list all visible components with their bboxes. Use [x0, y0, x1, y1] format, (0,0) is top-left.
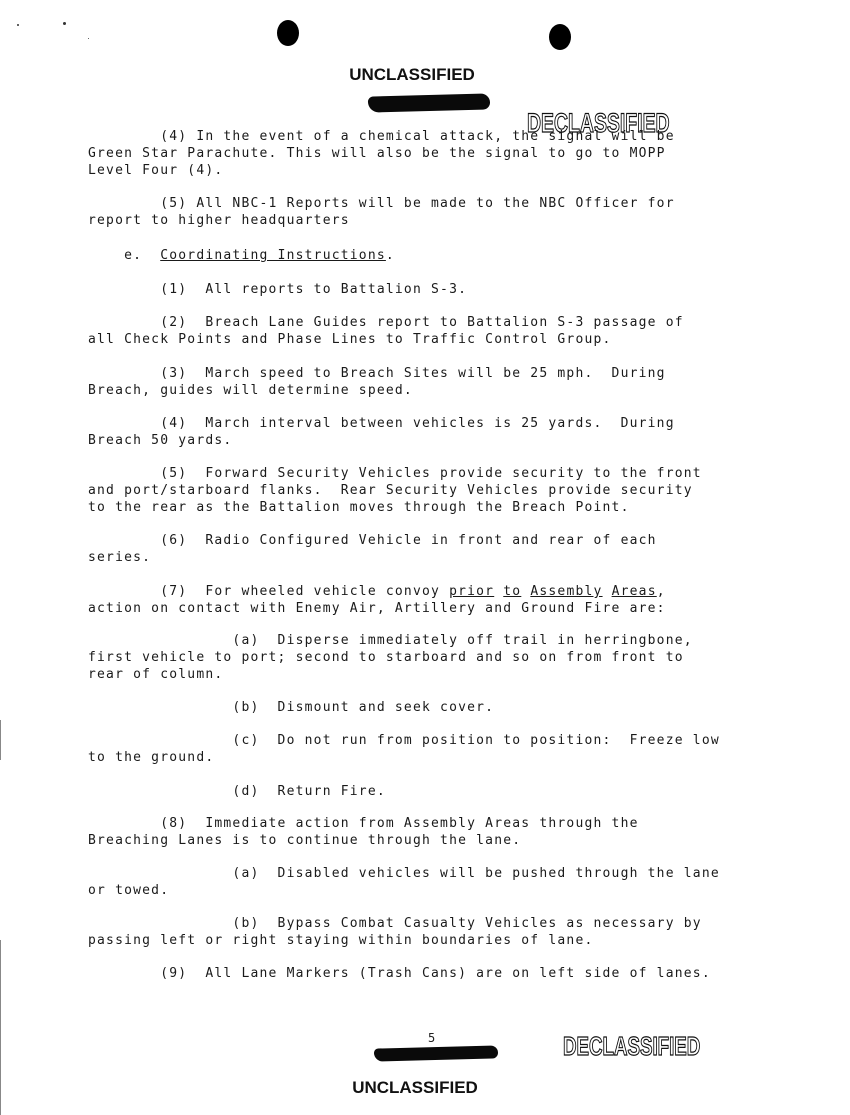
instruction-2: (2) Breach Lane Guides report to Battali… [88, 314, 684, 348]
instruction-8a: (a) Disabled vehicles will be pushed thr… [88, 865, 720, 899]
paragraph-4-chemical-signal: (4) In the event of a chemical attack, t… [88, 128, 675, 179]
document-page: UNCLASSIFIED DECLASSIFIED (4) In the eve… [0, 0, 850, 1115]
classification-header: UNCLASSIFIED [0, 65, 837, 85]
instruction-9: (9) All Lane Markers (Trash Cans) are on… [88, 965, 711, 982]
classification-footer: UNCLASSIFIED [0, 1078, 840, 1098]
instruction-8: (8) Immediate action from Assembly Areas… [88, 815, 639, 849]
punch-hole-right [549, 24, 571, 50]
scan-speck [88, 38, 89, 39]
instruction-1: (1) All reports to Battalion S-3. [88, 281, 467, 298]
instruction-8b: (b) Bypass Combat Casualty Vehicles as n… [88, 915, 702, 949]
paragraph-5-nbc-reports: (5) All NBC-1 Reports will be made to th… [88, 195, 675, 229]
scan-edge-mark [0, 720, 1, 760]
declassified-stamp-bottom: DECLASSIFIED [563, 1031, 700, 1062]
instruction-3: (3) March speed to Breach Sites will be … [88, 365, 666, 399]
instruction-5: (5) Forward Security Vehicles provide se… [88, 465, 702, 516]
instruction-7c: (c) Do not run from position to position… [88, 732, 720, 766]
page-number: 5 [428, 1031, 435, 1045]
section-e-heading: e. Coordinating Instructions. [88, 247, 395, 264]
punch-hole-left [277, 20, 299, 46]
scan-edge-mark [0, 940, 1, 1115]
instruction-4: (4) March interval between vehicles is 2… [88, 415, 675, 449]
instruction-7: (7) For wheeled vehicle convoy prior to … [88, 583, 666, 617]
scan-speck [63, 22, 66, 25]
redaction-bar-top [368, 93, 490, 112]
scan-speck [17, 24, 19, 26]
section-e-title: Coordinating Instructions [160, 248, 386, 263]
redaction-bar-bottom [374, 1045, 498, 1061]
instruction-7b: (b) Dismount and seek cover. [88, 699, 494, 716]
instruction-6: (6) Radio Configured Vehicle in front an… [88, 532, 657, 566]
instruction-7d: (d) Return Fire. [88, 783, 386, 800]
instruction-7a: (a) Disperse immediately off trail in he… [88, 632, 693, 683]
